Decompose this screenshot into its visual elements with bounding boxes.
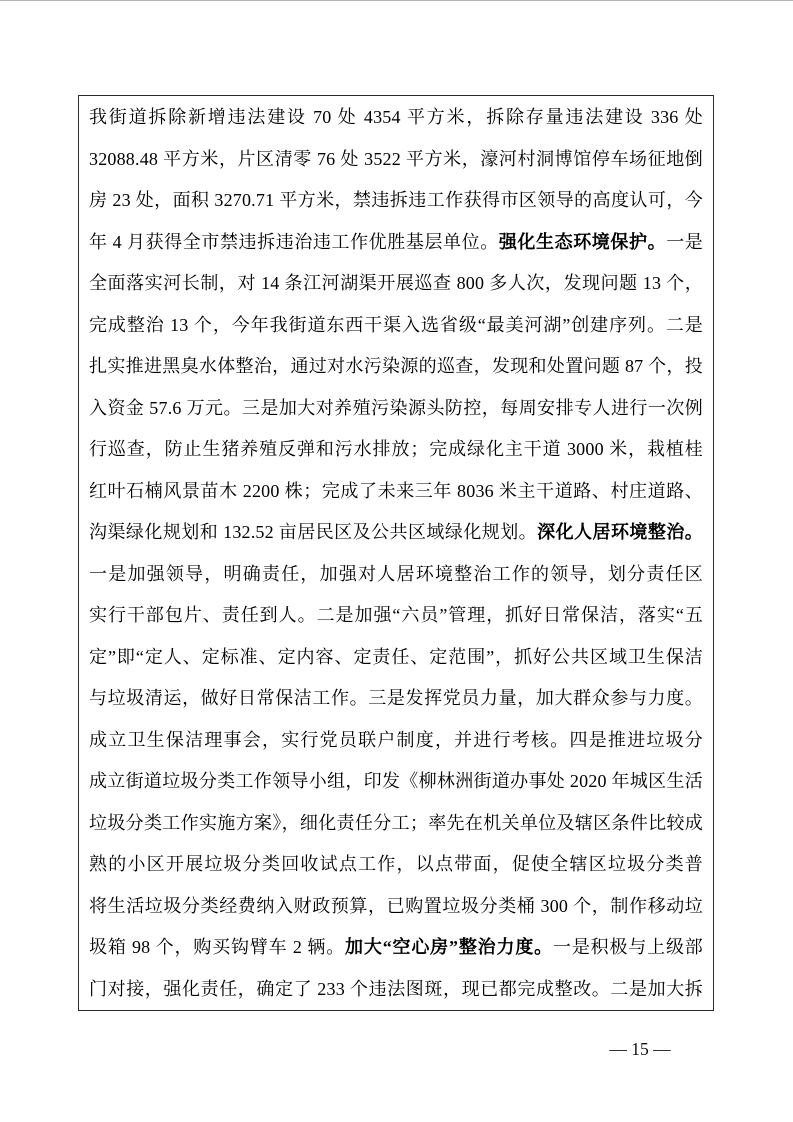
text-segment: 全面落实河长制，对 14 条江河湖渠开展巡查 800 多人次，发现问题 13 个… xyxy=(89,273,703,293)
text-line: 沟渠绿化规划和 132.52 亩居民区及公共区域绿化规划。深化人居环境整治。 xyxy=(89,512,703,554)
text-line: 我街道拆除新增违法建设 70 处 4354 平方米，拆除存量违法建设 336 处 xyxy=(89,97,703,139)
text-line: 房 23 处，面积 3270.71 平方米，禁违拆违工作获得市区领导的高度认可，… xyxy=(89,180,703,222)
text-segment: 红叶石楠风景苗木 2200 株；完成了未来三年 8036 米主干道路、村庄道路、 xyxy=(89,481,703,501)
text-segment: 扎实推进黑臭水体整治，通过对水污染源的巡查，发现和处置问题 87 个，投 xyxy=(89,356,703,376)
text-segment: 房 23 处，面积 3270.71 平方米，禁违拆违工作获得市区领导的高度认可，… xyxy=(89,190,703,210)
text-line: 熟的小区开展垃圾分类回收试点工作，以点带面，促使全辖区垃圾分类普及。 xyxy=(89,844,703,886)
text-line: 垃圾分类工作实施方案》，细化责任分工；率先在机关单位及辖区条件比较成 xyxy=(89,803,703,845)
text-line: 成立卫生保洁理事会，实行党员联户制度，并进行考核。四是推进垃圾分类， xyxy=(89,720,703,762)
text-segment: 一是加强领导，明确责任，加强对人居环境整治工作的领导，划分责任区域， xyxy=(89,564,703,596)
text-line: 全面落实河长制，对 14 条江河湖渠开展巡查 800 多人次，发现问题 13 个… xyxy=(89,263,703,305)
text-line: 32088.48 平方米，片区清零 76 处 3522 平方米，濠河村洞博馆停车… xyxy=(89,139,703,181)
text-line: 将生活垃圾分类经费纳入财政预算，已购置垃圾分类桶 300 个，制作移动垃 xyxy=(89,886,703,928)
text-segment: 成立卫生保洁理事会，实行党员联户制度，并进行考核。四是推进垃圾分类， xyxy=(89,730,703,762)
text-segment: 年 4 月获得全市禁违拆违治违工作优胜基层单位。 xyxy=(89,232,499,252)
text-line: 与垃圾清运，做好日常保洁工作。三是发挥党员力量，加大群众参与力度。 xyxy=(89,678,703,720)
bold-heading-segment: 深化人居环境整治。 xyxy=(537,522,703,542)
page-top-divider xyxy=(0,0,793,1)
text-segment: 一是积极与上级部 xyxy=(553,937,703,957)
text-segment: 门对接，强化责任，确定了 233 个违法图斑，现已都完成整改。二是加大拆 xyxy=(89,979,703,999)
text-segment: 沟渠绿化规划和 132.52 亩居民区及公共区域绿化规划。 xyxy=(89,522,537,542)
text-line: 成立街道垃圾分类工作领导小组，印发《柳林洲街道办事处 2020 年城区生活 xyxy=(89,761,703,803)
text-segment: 与垃圾清运，做好日常保洁工作。三是发挥党员力量，加大群众参与力度。 xyxy=(89,688,703,708)
text-segment: 垃圾分类工作实施方案》，细化责任分工；率先在机关单位及辖区条件比较成 xyxy=(89,813,703,833)
text-line: 完成整治 13 个，今年我街道东西干渠入选省级“最美河湖”创建序列。二是 xyxy=(89,305,703,347)
text-segment: 完成整治 13 个，今年我街道东西干渠入选省级“最美河湖”创建序列。二是 xyxy=(89,315,703,335)
text-segment: 熟的小区开展垃圾分类回收试点工作，以点带面，促使全辖区垃圾分类普及。 xyxy=(89,854,703,886)
text-segment: 圾箱 98 个，购买钩臂车 2 辆。 xyxy=(89,937,345,957)
text-line: 年 4 月获得全市禁违拆违治违工作优胜基层单位。强化生态环境保护。一是 xyxy=(89,222,703,264)
text-segment: 成立街道垃圾分类工作领导小组，印发《柳林洲街道办事处 2020 年城区生活 xyxy=(89,771,703,791)
text-segment: 一是 xyxy=(666,232,703,252)
text-line: 扎实推进黑臭水体整治，通过对水污染源的巡查，发现和处置问题 87 个，投 xyxy=(89,346,703,388)
text-line: 行巡查，防止生猪养殖反弹和污水排放；完成绿化主干道 3000 米，栽植桂花、 xyxy=(89,429,703,471)
text-line: 定”即“定人、定标准、定内容、定责任、定范围”，抓好公共区域卫生保洁 xyxy=(89,637,703,679)
text-segment: 定”即“定人、定标准、定内容、定责任、定范围”，抓好公共区域卫生保洁 xyxy=(89,647,703,667)
text-segment: 将生活垃圾分类经费纳入财政预算，已购置垃圾分类桶 300 个，制作移动垃 xyxy=(89,896,703,916)
text-segment: 32088.48 平方米，片区清零 76 处 3522 平方米，濠河村洞博馆停车… xyxy=(89,149,703,169)
text-line: 门对接，强化责任，确定了 233 个违法图斑，现已都完成整改。二是加大拆 xyxy=(89,969,703,1011)
text-line: 入资金 57.6 万元。三是加大对养殖污染源头防控，每周安排专人进行一次例 xyxy=(89,388,703,430)
text-segment: 我街道拆除新增违法建设 70 处 4354 平方米，拆除存量违法建设 336 处 xyxy=(89,107,703,127)
text-segment: 行巡查，防止生猪养殖反弹和污水排放；完成绿化主干道 3000 米，栽植桂花、 xyxy=(89,439,703,471)
page-number: — 15 — xyxy=(555,1037,725,1061)
text-segment: 实行干部包片、责任到人。二是加强“六员”管理，抓好日常保洁，落实“五 xyxy=(89,605,703,625)
text-border-frame: 我街道拆除新增违法建设 70 处 4354 平方米，拆除存量违法建设 336 处… xyxy=(78,95,714,1011)
text-line: 一是加强领导，明确责任，加强对人居环境整治工作的领导，划分责任区域， xyxy=(89,554,703,596)
text-line: 圾箱 98 个，购买钩臂车 2 辆。加大“空心房”整治力度。一是积极与上级部 xyxy=(89,927,703,969)
bold-heading-segment: 加大“空心房”整治力度。 xyxy=(345,937,553,957)
text-segment: 入资金 57.6 万元。三是加大对养殖污染源头防控，每周安排专人进行一次例 xyxy=(89,398,703,418)
text-line: 红叶石楠风景苗木 2200 株；完成了未来三年 8036 米主干道路、村庄道路、 xyxy=(89,471,703,513)
text-line: 实行干部包片、责任到人。二是加强“六员”管理，抓好日常保洁，落实“五 xyxy=(89,595,703,637)
bold-heading-segment: 强化生态环境保护。 xyxy=(499,232,666,252)
document-body: 我街道拆除新增违法建设 70 处 4354 平方米，拆除存量违法建设 336 处… xyxy=(89,97,703,1010)
